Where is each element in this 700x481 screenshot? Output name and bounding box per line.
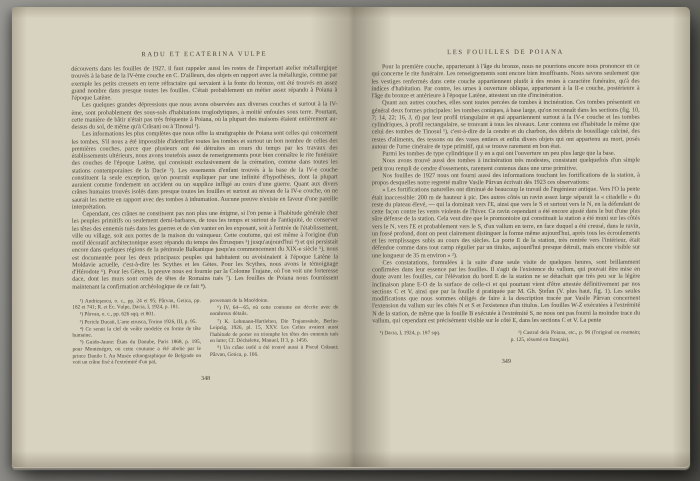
- left-running-head: RADU ET ECATERINA VULPE: [71, 50, 337, 58]
- right-body-text: Pour la première couche, appartenant à l…: [372, 64, 641, 326]
- footnote: ¹) Andrieşescu, o. c., pp. 24 et 95; Pâr…: [72, 298, 201, 312]
- paragraph: « Les fortifications naturelles ont dimi…: [372, 187, 640, 260]
- paragraph: Cependant, ces crânes ne constituent pas…: [72, 210, 338, 291]
- left-footnotes-col1: ¹) Andrieşescu, o. c., pp. 24 et 95; Pâr…: [72, 298, 201, 367]
- right-page-number: 349: [372, 357, 640, 365]
- footnote-continuation: provenant de la Macédoine.: [210, 297, 339, 304]
- paragraph: découverts dans les fouilles de 1927, il…: [71, 65, 337, 102]
- paragraph: Quant aux autres couches, elles sont tou…: [372, 100, 640, 151]
- footnote: ⁵) Guido-Jaune: États du Danube, Paris 1…: [72, 339, 201, 366]
- right-footnotes: ¹) Dacia, I, 1924, p. 187 sqq. ²) Castru…: [372, 330, 640, 344]
- left-footnotes-col2: provenant de la Macédoine. ⁶) IV, 64—65,…: [210, 297, 339, 366]
- left-footnotes: ¹) Andrieşescu, o. c., pp. 24 et 95; Pâr…: [72, 297, 338, 367]
- footnote: ²) Pârvan, o. c., pp. 626 sqq. et 801.: [72, 311, 201, 318]
- paragraph: Pour la première couche, appartenant à l…: [372, 64, 640, 101]
- footnote: ²) Castrul dela Poiana, etc., p. 96 (l'o…: [511, 330, 641, 344]
- book-spread: RADU ET ECATERINA VULPE découverts dans …: [12, 7, 690, 467]
- right-footnotes-col1: ¹) Dacia, I, 1924, p. 187 sqq.: [372, 330, 502, 344]
- footnote: ⁴) Ce serait la clef de voûte modelée en…: [72, 326, 201, 340]
- footnote: ³) Pericle Ducati, L'arte etrusca, Torin…: [72, 319, 201, 326]
- footnote: ⁸) Un crâne isolé a été trouvé aussi à P…: [210, 345, 339, 359]
- footnote: ¹) Dacia, I, 1924, p. 187 sqq.: [372, 330, 502, 337]
- paragraph: Les quelques grandes dépressions que nou…: [71, 102, 337, 132]
- paragraph: Ces constatations, formulées à la suite …: [372, 259, 640, 325]
- right-footnotes-col2: ²) Castrul dela Poiana, etc., p. 96 (l'o…: [511, 330, 641, 344]
- left-page: RADU ET ECATERINA VULPE découverts dans …: [71, 6, 339, 467]
- paragraph: Nos fouilles de 1927 nous ont fourni aus…: [372, 172, 640, 187]
- left-body-text: découverts dans les fouilles de 1927, il…: [71, 65, 338, 291]
- footnote: ⁷) K. Lehmann-Hartleben, Die Trajanssäul…: [210, 318, 339, 345]
- footnote: ⁶) IV, 64—65, où cette coutume est décri…: [210, 304, 339, 318]
- left-page-number: 348: [73, 375, 339, 383]
- right-running-head: LES FOUILLES DE POIANA: [372, 49, 640, 57]
- right-page: LES FOUILLES DE POIANA Pour la première …: [371, 7, 640, 468]
- paragraph: Nous avons trouvé aussi des tombes à inc…: [372, 158, 640, 173]
- paragraph: Les informations les plus complètes que …: [72, 131, 338, 212]
